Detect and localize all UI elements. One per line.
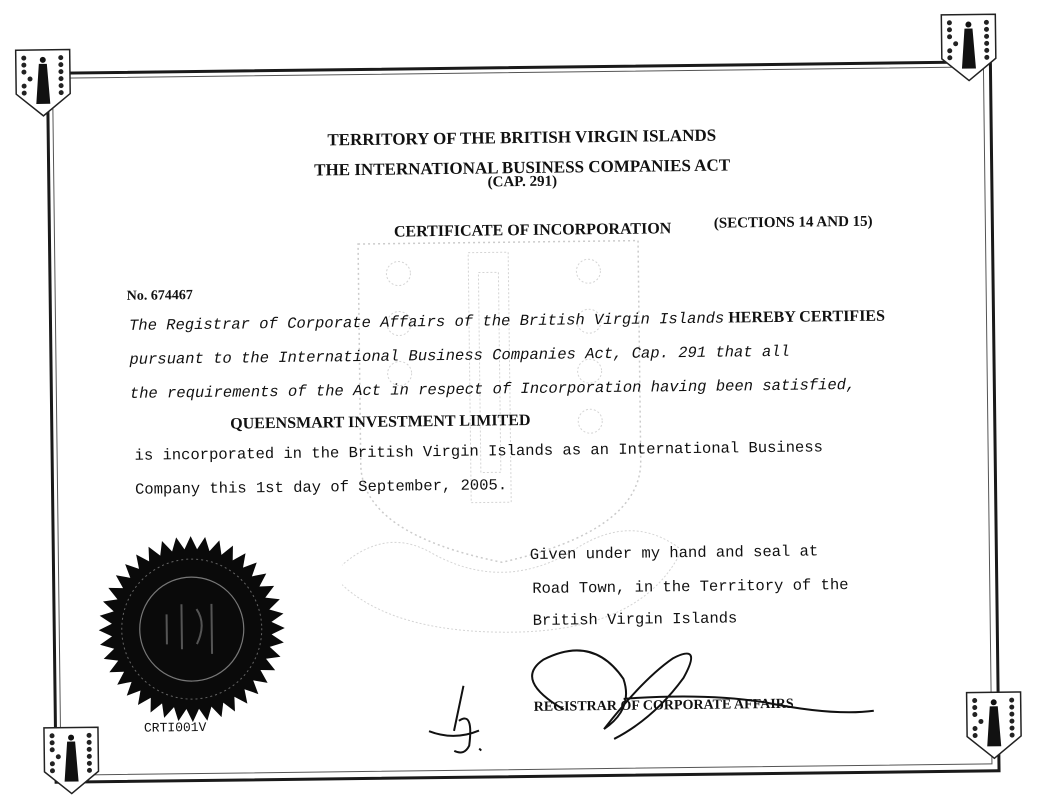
certificate-title: CERTIFICATE OF INCORPORATION — [394, 220, 672, 241]
bvi-coat-of-arms-icon — [965, 690, 1024, 761]
certificate-page: TERRITORY OF THE BRITISH VIRGIN ISLANDS … — [0, 0, 1050, 804]
certificate-number: No. 674467 — [127, 288, 193, 305]
bvi-coat-of-arms-icon — [14, 48, 73, 119]
hereby-certifies: HEREBY CERTIFIES — [724, 308, 885, 327]
sections-reference: (SECTIONS 14 AND 15) — [714, 214, 873, 233]
attestation-line-3: British Virgin Islands — [533, 609, 738, 629]
attestation-line-1: Given under my hand and seal at — [530, 542, 819, 564]
reference-code: CRTI001V — [144, 720, 207, 736]
bvi-coat-of-arms-icon — [42, 725, 101, 796]
initials-signature — [423, 680, 524, 761]
company-name: QUEENSMART INVESTMENT LIMITED — [230, 412, 530, 434]
registrar-title: REGISTRAR OF CORPORATE AFFAIRS — [534, 697, 794, 716]
bvi-coat-of-arms-icon — [939, 12, 998, 83]
registry-seal-icon — [96, 533, 288, 725]
registrar-signature — [503, 635, 904, 750]
